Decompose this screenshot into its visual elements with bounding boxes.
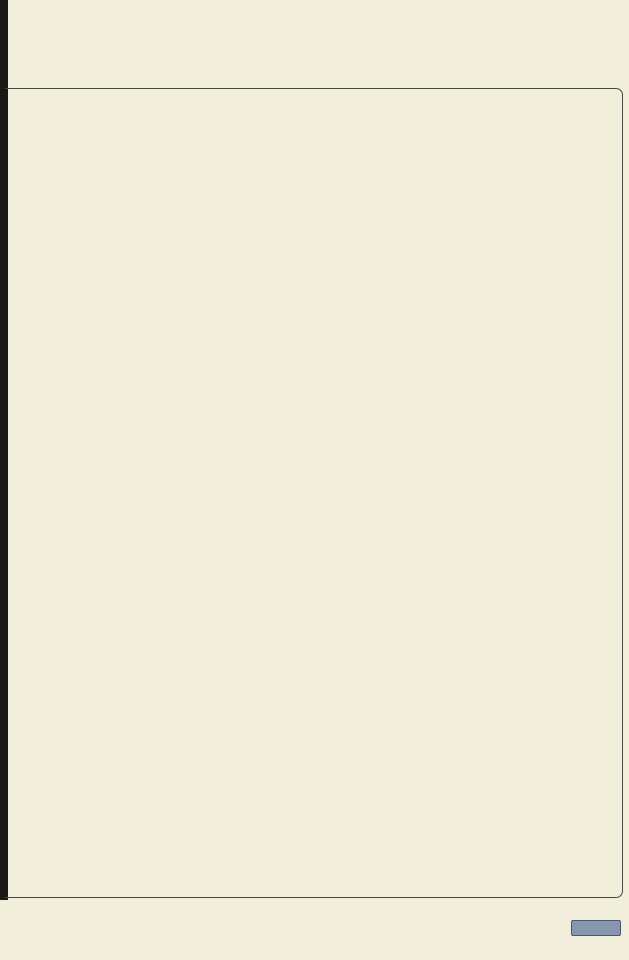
- ruled-sheet: [5, 88, 623, 898]
- brand-logo: [571, 920, 621, 936]
